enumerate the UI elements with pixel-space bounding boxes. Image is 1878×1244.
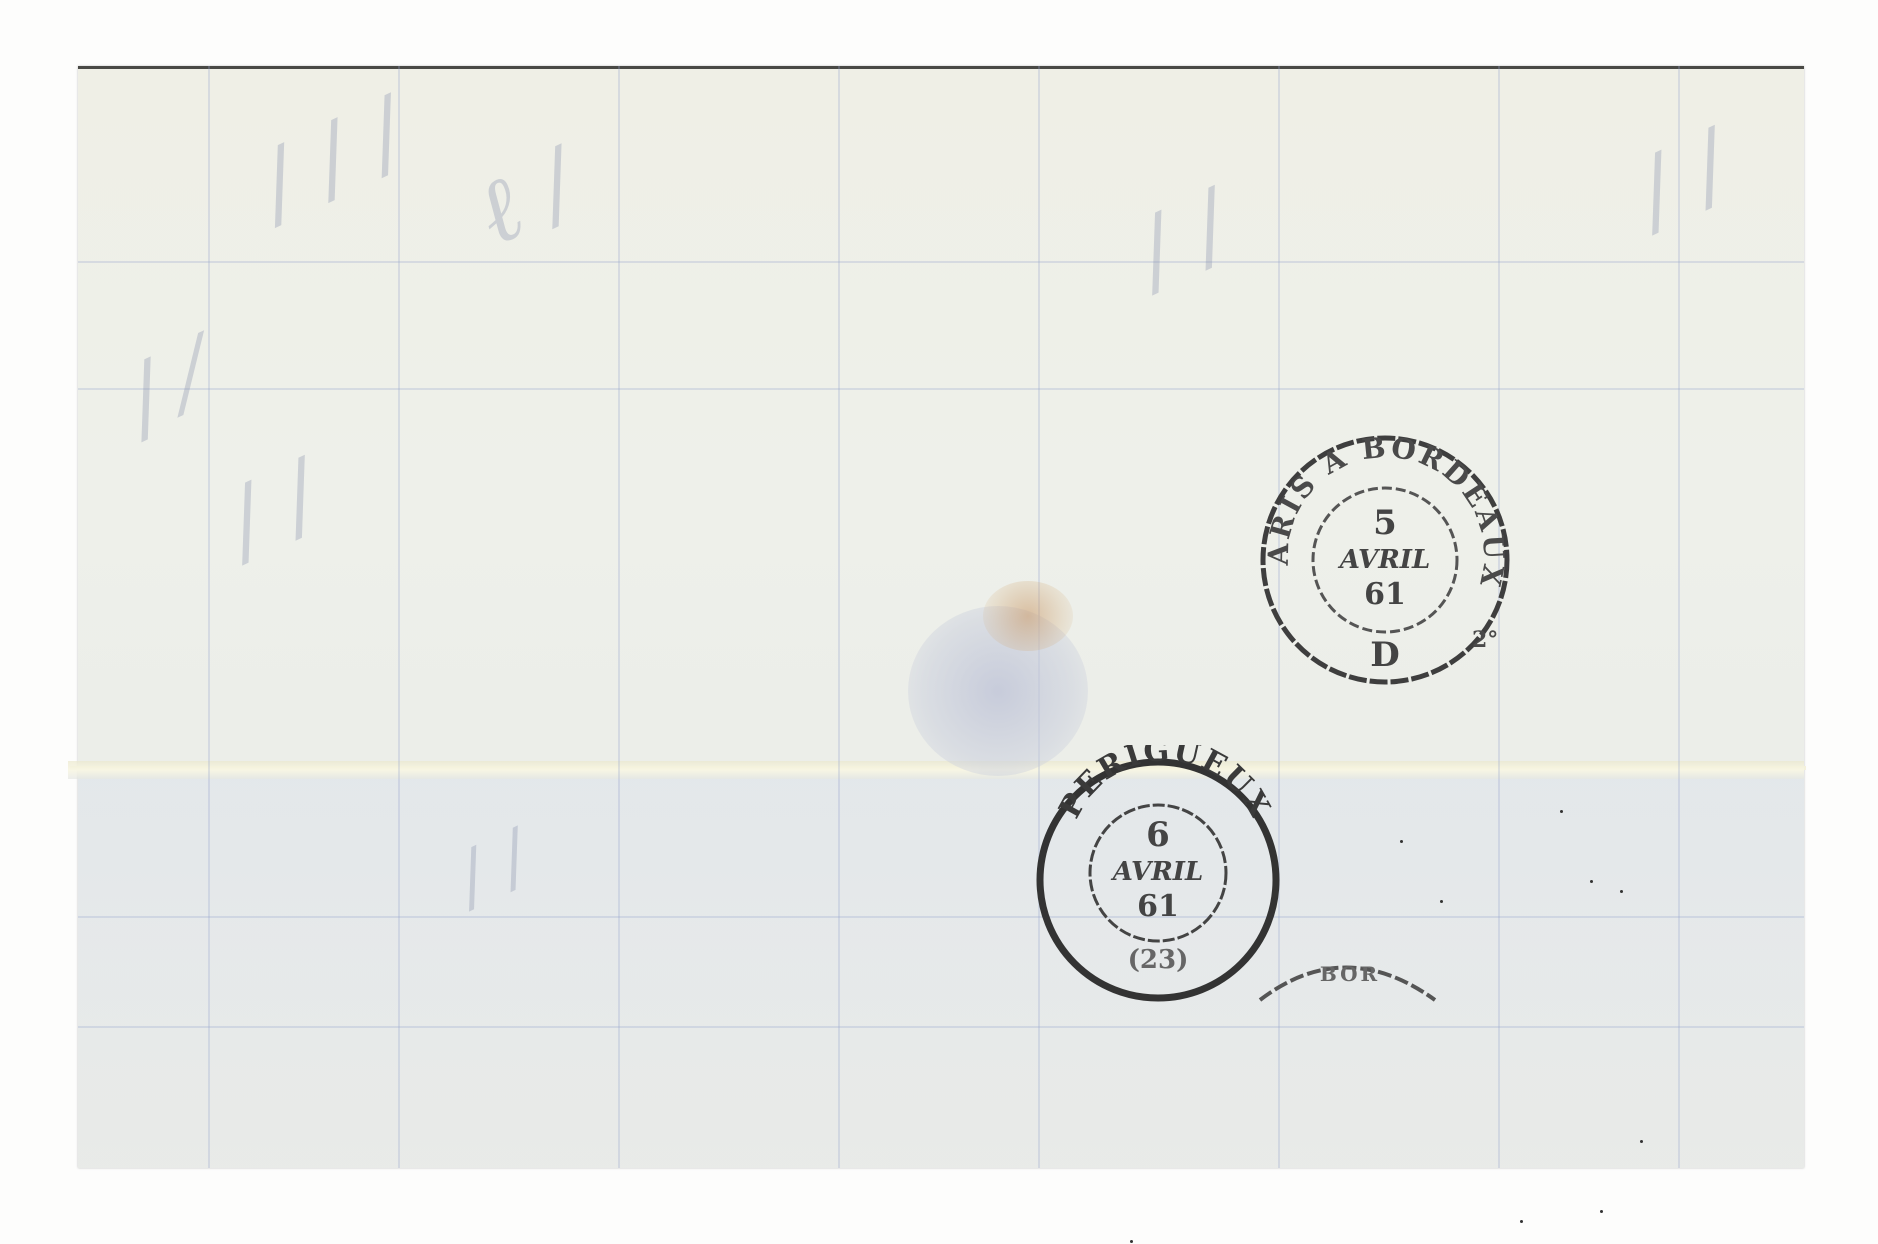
postmark-partial-bordeaux: BOR [1250, 930, 1450, 1010]
lower-panel [78, 779, 1804, 1168]
ruled-column [398, 66, 400, 1168]
ruled-line [78, 916, 1804, 918]
postmark-year: 61 [1030, 889, 1300, 924]
ink-speck [1600, 1210, 1603, 1213]
ink-speck [1590, 880, 1593, 883]
ink-speck [1560, 810, 1563, 813]
ruled-column [838, 66, 840, 1168]
ink-speck [1400, 840, 1403, 843]
ruled-column [208, 66, 210, 1168]
postmark-outer-text: BOR [1250, 962, 1450, 986]
postmark-outer-text: PERIGUEUX [1052, 745, 1277, 824]
postmark-paris-a-bordeaux: PARIS A BORDEAUX 2° 5 AVRIL 61 D [1250, 425, 1520, 695]
letter-sheet: / / / ℓ / / / / / / ⁄ / / / / [78, 66, 1804, 1168]
postmark-letter: D [1250, 635, 1520, 675]
postmark-day: 5 [1250, 503, 1520, 543]
foxing-stain [983, 581, 1073, 651]
ink-speck [1520, 1220, 1523, 1223]
ink-speck [1440, 900, 1443, 903]
fold-crease [68, 761, 1804, 779]
ink-speck [1620, 890, 1623, 893]
ruled-line [78, 1026, 1804, 1028]
ruled-line [78, 261, 1804, 263]
ruled-line [78, 388, 1804, 390]
postmark-month: AVRIL [1250, 545, 1520, 575]
postmark-day: 6 [1030, 815, 1300, 855]
postmark-month: AVRIL [1030, 857, 1300, 887]
ink-speck [1640, 1140, 1643, 1143]
svg-text:PERIGUEUX: PERIGUEUX [1052, 745, 1277, 824]
postmark-year: 61 [1250, 577, 1520, 612]
ruled-column [618, 66, 620, 1168]
ink-speck [1130, 1240, 1133, 1243]
